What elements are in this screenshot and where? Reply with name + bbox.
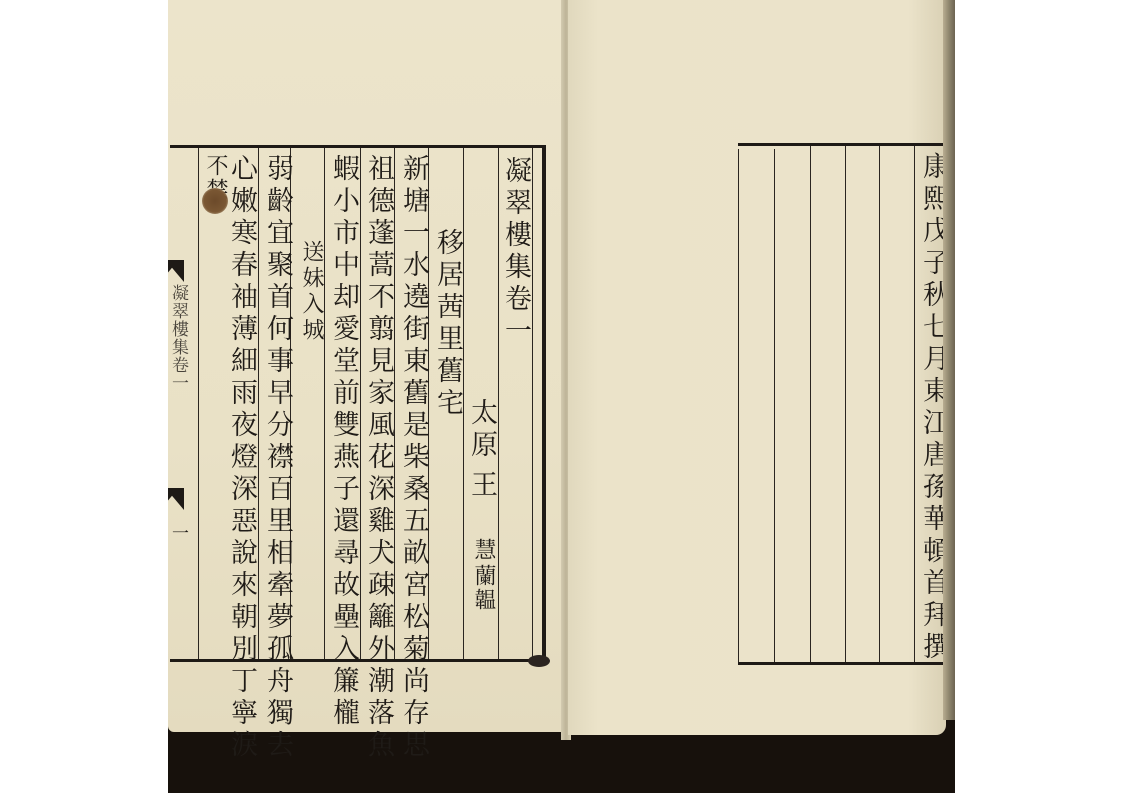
column-rule [879,146,880,662]
column-rule [394,148,395,659]
column-rule [845,146,846,662]
fishtail-mark [168,260,184,282]
spine-book-title: 凝翠樓集卷一 [168,284,193,392]
column-rule [810,146,811,662]
column-rule [360,148,361,659]
poem-title: 移居茜里舊宅 [432,228,463,420]
author-name-suffix: 韞 [468,588,499,614]
poem-line: 蝦小市中却愛堂前雙燕子還尋故壘入簾櫳 [328,154,359,730]
stain-mark [202,188,228,214]
column-rule [914,146,915,662]
poem-title: 送妹入城 [296,240,327,344]
right-text-frame: 康熙戊子秋七月東江唐孫華頓首拜撰 序 二 夫 [738,143,955,665]
column-rule [198,148,199,659]
poem-line: 新塘一水遶街東舊是柴桑五畝宮松菊尚存思 [398,154,429,762]
column-rule [774,149,775,662]
column-rule [463,148,464,659]
author-origin: 太原 [466,398,497,462]
right-page: 康熙戊子秋七月東江唐孫華頓首拜撰 序 二 夫 [568,0,946,735]
left-page: 凝翠樓集卷一 太原 王 慧蘭 韞 移居茜里舊宅 新塘一水遶街東舊是柴桑五畝宮松菊… [168,0,561,732]
poem-line: 心嫩寒春袖薄細雨夜燈深惡說來朝別丁寧淚 [226,154,257,762]
left-text-frame: 凝翠樓集卷一 太原 王 慧蘭 韞 移居茜里舊宅 新塘一水遶街東舊是柴桑五畝宮松菊… [170,145,546,662]
fishtail-mark [168,488,184,510]
book-scan: 凝翠樓集卷一 太原 王 慧蘭 韞 移居茜里舊宅 新塘一水遶街東舊是柴桑五畝宮松菊… [168,0,955,793]
volume-title: 凝翠樓集卷一 [500,156,531,348]
ink-blot [528,655,550,667]
column-rule [324,148,325,659]
column-rule [258,148,259,659]
author-name: 慧蘭 [468,538,499,590]
column-rule [532,148,533,659]
spine-page-number: 一 [168,524,193,545]
author-surname: 王 [466,470,497,502]
poem-line: 弱齡宜聚首何事早分襟百里相牽夢孤舟獨去 [262,154,293,762]
poem-line: 祖德蓬蒿不翦見家風花深雞犬疎籬外潮落魚 [363,154,394,762]
page-stack-edge [943,0,955,720]
column-rule [738,149,739,662]
